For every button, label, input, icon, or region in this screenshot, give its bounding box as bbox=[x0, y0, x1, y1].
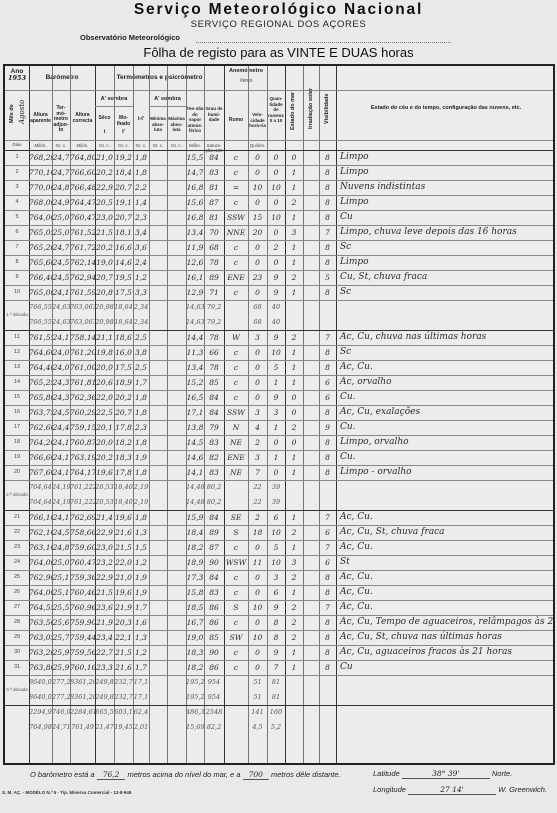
cell-vis[interactable]: 8 bbox=[319, 240, 336, 255]
cell-vel[interactable]: 0 bbox=[248, 615, 267, 630]
cell-rumo[interactable]: c bbox=[224, 285, 248, 300]
decade-vel[interactable]: 51 bbox=[248, 675, 267, 690]
cell-rumo[interactable]: c bbox=[224, 150, 248, 165]
totals-diff[interactable]: 62,4 bbox=[133, 705, 149, 720]
cell-diff[interactable]: 2,3 bbox=[133, 420, 149, 435]
cell-nuv[interactable]: 10 bbox=[267, 210, 285, 225]
cell-max[interactable] bbox=[167, 330, 186, 345]
decade-corr[interactable]: 763,063 bbox=[70, 300, 95, 315]
cell-vis[interactable]: 8 bbox=[319, 465, 336, 480]
decade-vel[interactable]: 22 bbox=[248, 495, 267, 510]
cell-rem[interactable]: Ac, Cu, chuva nas últimas horas bbox=[336, 330, 553, 345]
cell-vel[interactable]: 10 bbox=[248, 630, 267, 645]
decade-seco[interactable]: 20,98 bbox=[95, 300, 114, 315]
cell-seco[interactable]: 23,4 bbox=[95, 630, 114, 645]
cell-vel[interactable]: 0 bbox=[248, 255, 267, 270]
decade-tadj[interactable]: 24,19 bbox=[52, 480, 70, 495]
cell-min[interactable] bbox=[149, 150, 167, 165]
cell-diff[interactable]: 1,9 bbox=[133, 570, 149, 585]
cell-tadj[interactable]: 24,1 bbox=[52, 285, 70, 300]
cell-mar[interactable]: 1 bbox=[285, 240, 303, 255]
cell-vel[interactable]: 0 bbox=[248, 660, 267, 675]
cell-mar[interactable]: 1 bbox=[285, 450, 303, 465]
cell-max[interactable] bbox=[167, 510, 186, 525]
cell-rem[interactable]: Sc bbox=[336, 345, 553, 360]
cell-nuv[interactable]: 9 bbox=[267, 270, 285, 285]
cell-tens[interactable]: 14,1 bbox=[186, 465, 204, 480]
cell-nuv[interactable]: 6 bbox=[267, 510, 285, 525]
cell-vis[interactable]: 7 bbox=[319, 225, 336, 240]
decade-alt[interactable]: 766,55 bbox=[29, 300, 52, 315]
cell-max[interactable] bbox=[167, 240, 186, 255]
cell-irr[interactable] bbox=[303, 360, 319, 375]
totals-nuv[interactable]: 160 bbox=[267, 705, 285, 720]
cell-vel[interactable]: 3 bbox=[248, 450, 267, 465]
cell-vis[interactable]: 8 bbox=[319, 165, 336, 180]
cell-mar[interactable]: 2 bbox=[285, 195, 303, 210]
cell-rem[interactable]: Ac, Cu, exalações bbox=[336, 405, 553, 420]
cell-diff[interactable]: 1,2 bbox=[133, 555, 149, 570]
cell-mol[interactable]: 21,0 bbox=[114, 570, 133, 585]
cell-mol[interactable]: 21,6 bbox=[114, 525, 133, 540]
cell-hum[interactable]: 87 bbox=[204, 195, 224, 210]
cell-seco[interactable]: 19,6 bbox=[95, 465, 114, 480]
cell-rumo[interactable]: SSW bbox=[224, 405, 248, 420]
cell-mar[interactable]: 1 bbox=[285, 660, 303, 675]
cell-mar[interactable]: 3 bbox=[285, 225, 303, 240]
cell-tadj[interactable]: 24,1 bbox=[52, 330, 70, 345]
cell-vel[interactable]: 0 bbox=[248, 645, 267, 660]
cell-alt[interactable]: 761,55 bbox=[29, 330, 52, 345]
cell-tadj[interactable]: 25,7 bbox=[52, 630, 70, 645]
cell-mol[interactable]: 17,5 bbox=[114, 360, 133, 375]
cell-mar[interactable]: 2 bbox=[285, 420, 303, 435]
cell-diff[interactable]: 1,6 bbox=[133, 615, 149, 630]
cell-max[interactable] bbox=[167, 270, 186, 285]
means-alt[interactable]: 764,98 bbox=[29, 720, 52, 735]
cell-seco[interactable]: 20,2 bbox=[95, 450, 114, 465]
cell-diff[interactable]: 3,6 bbox=[133, 240, 149, 255]
cell-alt[interactable]: 765,05 bbox=[29, 225, 52, 240]
decade-seco[interactable]: 20,98 bbox=[95, 315, 114, 330]
cell-alt[interactable]: 764,20 bbox=[29, 435, 52, 450]
decade-nuv[interactable]: 81 bbox=[267, 675, 285, 690]
cell-hum[interactable]: 86 bbox=[204, 600, 224, 615]
cell-vis[interactable]: 8 bbox=[319, 405, 336, 420]
cell-rumo[interactable]: NE bbox=[224, 465, 248, 480]
cell-min[interactable] bbox=[149, 540, 167, 555]
cell-diff[interactable]: 2,5 bbox=[133, 360, 149, 375]
cell-hum[interactable]: 89 bbox=[204, 525, 224, 540]
cell-mol[interactable]: 19,2 bbox=[114, 150, 133, 165]
cell-mol[interactable]: 18,2 bbox=[114, 435, 133, 450]
decade-nuv[interactable]: 81 bbox=[267, 690, 285, 705]
cell-tens[interactable]: 16,1 bbox=[186, 270, 204, 285]
cell-corr[interactable]: 760,47 bbox=[70, 555, 95, 570]
cell-corr[interactable]: 761,00 bbox=[70, 360, 95, 375]
cell-mar[interactable]: 1 bbox=[285, 345, 303, 360]
cell-rem[interactable]: Cu. bbox=[336, 390, 553, 405]
cell-hum[interactable]: 79 bbox=[204, 420, 224, 435]
cell-mol[interactable]: 19,6 bbox=[114, 585, 133, 600]
cell-vis[interactable]: 6 bbox=[319, 525, 336, 540]
decade-tadj[interactable]: 24,63 bbox=[52, 300, 70, 315]
decade-tens[interactable]: 14,48 bbox=[186, 495, 204, 510]
cell-vis[interactable]: 8 bbox=[319, 195, 336, 210]
cell-rem[interactable]: Cu. bbox=[336, 420, 553, 435]
cell-nuv[interactable]: 10 bbox=[267, 345, 285, 360]
decade-tens[interactable]: 14,63 bbox=[186, 300, 204, 315]
cell-rem[interactable]: Ac, Cu. bbox=[336, 510, 553, 525]
cell-nuv[interactable]: 1 bbox=[267, 450, 285, 465]
cell-rumo[interactable]: c bbox=[224, 660, 248, 675]
cell-rumo[interactable]: SE bbox=[224, 510, 248, 525]
cell-tens[interactable]: 13,8 bbox=[186, 420, 204, 435]
cell-alt[interactable]: 766,10 bbox=[29, 510, 52, 525]
cell-mar[interactable]: 2 bbox=[285, 615, 303, 630]
cell-tadj[interactable]: 24,1 bbox=[52, 510, 70, 525]
cell-rem[interactable]: Ac, Cu. bbox=[336, 585, 553, 600]
cell-mar[interactable]: 1 bbox=[285, 510, 303, 525]
cell-hum[interactable]: 81 bbox=[204, 180, 224, 195]
cell-diff[interactable]: 1,9 bbox=[133, 585, 149, 600]
cell-hum[interactable]: 90 bbox=[204, 555, 224, 570]
cell-min[interactable] bbox=[149, 330, 167, 345]
cell-rem[interactable]: Cu bbox=[336, 660, 553, 675]
cell-rumo[interactable]: c bbox=[224, 240, 248, 255]
cell-mol[interactable]: 22,0 bbox=[114, 555, 133, 570]
cell-tadj[interactable]: 24,7 bbox=[52, 240, 70, 255]
cell-rem[interactable]: Nuvens indistintas bbox=[336, 180, 553, 195]
cell-nuv[interactable]: 0 bbox=[267, 195, 285, 210]
decade-mol[interactable]: 232,7 bbox=[114, 675, 133, 690]
month-value[interactable]: Agosto bbox=[18, 88, 26, 136]
cell-rumo[interactable]: c bbox=[224, 540, 248, 555]
cell-vis[interactable]: 8 bbox=[319, 180, 336, 195]
cell-nuv[interactable]: 9 bbox=[267, 645, 285, 660]
decade-corr[interactable]: 761,222 bbox=[70, 480, 95, 495]
cell-seco[interactable]: 21,0 bbox=[95, 150, 114, 165]
decade-tadj[interactable]: 24,63 bbox=[52, 315, 70, 330]
cell-min[interactable] bbox=[149, 360, 167, 375]
cell-tadj[interactable]: 24,8 bbox=[52, 540, 70, 555]
cell-rumo[interactable]: SW bbox=[224, 630, 248, 645]
cell-rumo[interactable]: S bbox=[224, 525, 248, 540]
cell-diff[interactable]: 2,3 bbox=[133, 210, 149, 225]
cell-tens[interactable]: 17,3 bbox=[186, 570, 204, 585]
cell-mol[interactable]: 20,2 bbox=[114, 390, 133, 405]
cell-nuv[interactable]: 0 bbox=[267, 255, 285, 270]
cell-tadj[interactable]: 25,0 bbox=[52, 225, 70, 240]
cell-diff[interactable]: 1,2 bbox=[133, 270, 149, 285]
cell-seco[interactable]: 20,8 bbox=[95, 285, 114, 300]
cell-corr[interactable]: 760,47 bbox=[70, 210, 95, 225]
cell-alt[interactable]: 765,20 bbox=[29, 240, 52, 255]
cell-vis[interactable]: 8 bbox=[319, 660, 336, 675]
cell-diff[interactable]: 3,4 bbox=[133, 225, 149, 240]
cell-seco[interactable]: 20,2 bbox=[95, 240, 114, 255]
decade-nuv[interactable]: 40 bbox=[267, 315, 285, 330]
cell-seco[interactable]: 21,5 bbox=[95, 585, 114, 600]
means-diff[interactable]: 2,01 bbox=[133, 720, 149, 735]
cell-tens[interactable]: 18,2 bbox=[186, 540, 204, 555]
cell-rumo[interactable]: SSW bbox=[224, 210, 248, 225]
cell-hum[interactable]: 90 bbox=[204, 645, 224, 660]
cell-tadj[interactable]: 24,1 bbox=[52, 435, 70, 450]
cell-rem[interactable]: Cu. bbox=[336, 450, 553, 465]
cell-seco[interactable]: 19,0 bbox=[95, 255, 114, 270]
cell-hum[interactable]: 83 bbox=[204, 585, 224, 600]
cell-irr[interactable] bbox=[303, 465, 319, 480]
cell-seco[interactable]: 21,9 bbox=[95, 615, 114, 630]
cell-rumo[interactable]: N bbox=[224, 420, 248, 435]
cell-nuv[interactable]: 9 bbox=[267, 600, 285, 615]
cell-vel[interactable]: 0 bbox=[248, 165, 267, 180]
cell-max[interactable] bbox=[167, 630, 186, 645]
cell-tadj[interactable]: 24,3 bbox=[52, 390, 70, 405]
cell-max[interactable] bbox=[167, 450, 186, 465]
cell-mar[interactable]: 2 bbox=[285, 330, 303, 345]
cell-hum[interactable]: 71 bbox=[204, 285, 224, 300]
cell-tens[interactable]: 16,8 bbox=[186, 180, 204, 195]
cell-hum[interactable]: 78 bbox=[204, 255, 224, 270]
cell-irr[interactable] bbox=[303, 435, 319, 450]
cell-mol[interactable]: 17,5 bbox=[114, 285, 133, 300]
cell-corr[interactable]: 759,90 bbox=[70, 615, 95, 630]
decade-tadj[interactable]: 24,19 bbox=[52, 495, 70, 510]
decade-hum[interactable]: 954 bbox=[204, 675, 224, 690]
cell-min[interactable] bbox=[149, 600, 167, 615]
cell-tens[interactable]: 15,8 bbox=[186, 585, 204, 600]
cell-rumo[interactable]: WSW bbox=[224, 555, 248, 570]
decade-nuv[interactable]: 39 bbox=[267, 480, 285, 495]
cell-mar[interactable]: 2 bbox=[285, 525, 303, 540]
cell-tadj[interactable]: 24,5 bbox=[52, 405, 70, 420]
cell-vel[interactable]: 0 bbox=[248, 195, 267, 210]
cell-min[interactable] bbox=[149, 240, 167, 255]
cell-diff[interactable]: 1,5 bbox=[133, 540, 149, 555]
cell-rumo[interactable]: = bbox=[224, 180, 248, 195]
cell-max[interactable] bbox=[167, 165, 186, 180]
cell-rumo[interactable]: c bbox=[224, 390, 248, 405]
cell-diff[interactable]: 1,8 bbox=[133, 510, 149, 525]
cell-tadj[interactable]: 24,3 bbox=[52, 375, 70, 390]
cell-corr[interactable]: 761,59 bbox=[70, 285, 95, 300]
cell-seco[interactable]: 20,0 bbox=[95, 435, 114, 450]
cell-nuv[interactable]: 6 bbox=[267, 585, 285, 600]
cell-rumo[interactable]: c bbox=[224, 255, 248, 270]
cell-nuv[interactable]: 0 bbox=[267, 225, 285, 240]
cell-mol[interactable]: 20,7 bbox=[114, 180, 133, 195]
cell-seco[interactable]: 19,8 bbox=[95, 345, 114, 360]
cell-min[interactable] bbox=[149, 270, 167, 285]
decade-vel[interactable]: 68 bbox=[248, 300, 267, 315]
longitude-value[interactable]: 27 14' bbox=[408, 785, 496, 795]
cell-mar[interactable]: 1 bbox=[285, 375, 303, 390]
cell-vis[interactable]: 9 bbox=[319, 420, 336, 435]
cell-alt[interactable]: 762,60 bbox=[29, 420, 52, 435]
decade-alt[interactable]: 764,645 bbox=[29, 480, 52, 495]
cell-hum[interactable]: 68 bbox=[204, 240, 224, 255]
cell-rem[interactable]: Ac, Cu, Tempo de aguaceiros, relâmpagos … bbox=[336, 615, 553, 630]
cell-mar[interactable]: 0 bbox=[285, 150, 303, 165]
cell-vel[interactable]: 0 bbox=[248, 240, 267, 255]
cell-irr[interactable] bbox=[303, 645, 319, 660]
cell-tens[interactable]: 14,4 bbox=[186, 330, 204, 345]
cell-vel[interactable]: 0 bbox=[248, 285, 267, 300]
cell-min[interactable] bbox=[149, 375, 167, 390]
cell-rem[interactable]: Sc bbox=[336, 285, 553, 300]
cell-diff[interactable]: 1,8 bbox=[133, 165, 149, 180]
decade-hum[interactable]: 954 bbox=[204, 690, 224, 705]
cell-mol[interactable]: 20,7 bbox=[114, 405, 133, 420]
cell-rumo[interactable]: c bbox=[224, 585, 248, 600]
cell-alt[interactable]: 770,10 bbox=[29, 165, 52, 180]
cell-diff[interactable]: 2,4 bbox=[133, 255, 149, 270]
decade-tadj[interactable]: 277,2 bbox=[52, 690, 70, 705]
cell-vel[interactable]: 11 bbox=[248, 555, 267, 570]
cell-mar[interactable]: 1 bbox=[285, 585, 303, 600]
cell-hum[interactable]: 83 bbox=[204, 165, 224, 180]
cell-diff[interactable]: 1,8 bbox=[133, 390, 149, 405]
cell-vis[interactable]: 7 bbox=[319, 540, 336, 555]
latitude-value[interactable]: 38° 39' bbox=[402, 769, 490, 779]
cell-seco[interactable]: 21,5 bbox=[95, 225, 114, 240]
decade-tadj[interactable]: 277,2 bbox=[52, 675, 70, 690]
cell-vel[interactable]: 2 bbox=[248, 510, 267, 525]
decade-mol[interactable]: 18,64 bbox=[114, 315, 133, 330]
cell-rem[interactable]: Ac, Cu, St, chuva nas últimas horas bbox=[336, 630, 553, 645]
totals-tens[interactable]: 486,3 bbox=[186, 705, 204, 720]
cell-rumo[interactable]: NE bbox=[224, 435, 248, 450]
cell-alt[interactable]: 768,00 bbox=[29, 195, 52, 210]
cell-rem[interactable]: Ac, Cu. bbox=[336, 540, 553, 555]
cell-tens[interactable]: 15,2 bbox=[186, 375, 204, 390]
cell-rem[interactable]: Ac, Cu. bbox=[336, 600, 553, 615]
decade-nuv[interactable]: 39 bbox=[267, 495, 285, 510]
cell-vel[interactable]: 7 bbox=[248, 465, 267, 480]
cell-rem[interactable]: Ac, Cu, St, chuva fraca bbox=[336, 525, 553, 540]
means-corr[interactable]: 761,49 bbox=[70, 720, 95, 735]
cell-hum[interactable]: 82 bbox=[204, 450, 224, 465]
cell-irr[interactable] bbox=[303, 555, 319, 570]
cell-irr[interactable] bbox=[303, 345, 319, 360]
cell-tadj[interactable]: 25,6 bbox=[52, 615, 70, 630]
cell-vis[interactable]: 5 bbox=[319, 270, 336, 285]
cell-mar[interactable]: 1 bbox=[285, 285, 303, 300]
cell-seco[interactable]: 20,5 bbox=[95, 195, 114, 210]
cell-mol[interactable]: 21,9 bbox=[114, 600, 133, 615]
cell-rem[interactable]: Cu, St, chuva fraca bbox=[336, 270, 553, 285]
cell-tens[interactable]: 15,5 bbox=[186, 150, 204, 165]
cell-diff[interactable]: 1,4 bbox=[133, 195, 149, 210]
cell-diff[interactable]: 1,8 bbox=[133, 150, 149, 165]
cell-rumo[interactable]: NNE bbox=[224, 225, 248, 240]
cell-mol[interactable]: 16,6 bbox=[114, 240, 133, 255]
cell-mol[interactable]: 17,8 bbox=[114, 465, 133, 480]
cell-irr[interactable] bbox=[303, 600, 319, 615]
cell-nuv[interactable]: 0 bbox=[267, 435, 285, 450]
cell-mol[interactable]: 21,6 bbox=[114, 660, 133, 675]
cell-tens[interactable]: 16,7 bbox=[186, 615, 204, 630]
cell-rem[interactable]: Limpo bbox=[336, 165, 553, 180]
cell-corr[interactable]: 759,15 bbox=[70, 420, 95, 435]
barometer-distance[interactable]: 700 bbox=[243, 770, 269, 780]
totals-mol[interactable]: 603,1 bbox=[114, 705, 133, 720]
cell-rumo[interactable]: ENE bbox=[224, 450, 248, 465]
cell-hum[interactable]: 84 bbox=[204, 510, 224, 525]
cell-min[interactable] bbox=[149, 585, 167, 600]
cell-rem[interactable]: Limpo bbox=[336, 255, 553, 270]
cell-vis[interactable]: 8 bbox=[319, 150, 336, 165]
cell-vis[interactable]: 7 bbox=[319, 510, 336, 525]
cell-max[interactable] bbox=[167, 405, 186, 420]
cell-max[interactable] bbox=[167, 210, 186, 225]
cell-nuv[interactable]: 9 bbox=[267, 390, 285, 405]
cell-tens[interactable]: 18,2 bbox=[186, 660, 204, 675]
cell-tens[interactable]: 15,6 bbox=[186, 195, 204, 210]
cell-mar[interactable]: 2 bbox=[285, 600, 303, 615]
decade-seco[interactable]: 20,53 bbox=[95, 480, 114, 495]
cell-tens[interactable]: 18,5 bbox=[186, 600, 204, 615]
cell-vel[interactable]: 0 bbox=[248, 150, 267, 165]
cell-corr[interactable]: 758,14 bbox=[70, 330, 95, 345]
cell-mar[interactable]: 1 bbox=[285, 165, 303, 180]
cell-vel[interactable]: 3 bbox=[248, 405, 267, 420]
cell-mol[interactable]: 18,9 bbox=[114, 375, 133, 390]
cell-alt[interactable]: 764,60 bbox=[29, 345, 52, 360]
cell-mar[interactable]: 0 bbox=[285, 435, 303, 450]
cell-vis[interactable]: 6 bbox=[319, 390, 336, 405]
cell-nuv[interactable]: 9 bbox=[267, 285, 285, 300]
cell-tadj[interactable]: 25,0 bbox=[52, 210, 70, 225]
cell-mar[interactable]: 0 bbox=[285, 390, 303, 405]
cell-seco[interactable]: 21,1 bbox=[95, 330, 114, 345]
cell-max[interactable] bbox=[167, 150, 186, 165]
cell-max[interactable] bbox=[167, 255, 186, 270]
cell-hum[interactable]: 87 bbox=[204, 540, 224, 555]
cell-max[interactable] bbox=[167, 540, 186, 555]
cell-mol[interactable]: 21,5 bbox=[114, 540, 133, 555]
cell-rem[interactable]: Limpo, chuva leve depois das 16 horas bbox=[336, 225, 553, 240]
cell-hum[interactable]: 78 bbox=[204, 360, 224, 375]
cell-rem[interactable]: Ac, Cu. bbox=[336, 360, 553, 375]
cell-rem[interactable]: Limpo - orvalho bbox=[336, 465, 553, 480]
cell-irr[interactable] bbox=[303, 225, 319, 240]
cell-tadj[interactable]: 25,9 bbox=[52, 645, 70, 660]
cell-irr[interactable] bbox=[303, 180, 319, 195]
cell-mol[interactable]: 18,4 bbox=[114, 165, 133, 180]
cell-min[interactable] bbox=[149, 570, 167, 585]
cell-irr[interactable] bbox=[303, 165, 319, 180]
cell-irr[interactable] bbox=[303, 195, 319, 210]
cell-max[interactable] bbox=[167, 585, 186, 600]
cell-max[interactable] bbox=[167, 225, 186, 240]
cell-alt[interactable]: 763,50 bbox=[29, 615, 52, 630]
cell-vel[interactable]: 18 bbox=[248, 525, 267, 540]
cell-alt[interactable]: 764,40 bbox=[29, 360, 52, 375]
cell-min[interactable] bbox=[149, 180, 167, 195]
decade-tens[interactable]: 14,63 bbox=[186, 315, 204, 330]
cell-irr[interactable] bbox=[303, 570, 319, 585]
cell-rumo[interactable]: c bbox=[224, 345, 248, 360]
cell-corr[interactable]: 761,52 bbox=[70, 225, 95, 240]
cell-max[interactable] bbox=[167, 525, 186, 540]
cell-max[interactable] bbox=[167, 420, 186, 435]
cell-rumo[interactable]: c bbox=[224, 645, 248, 660]
cell-corr[interactable]: 759,36 bbox=[70, 570, 95, 585]
cell-tens[interactable]: 13,4 bbox=[186, 360, 204, 375]
